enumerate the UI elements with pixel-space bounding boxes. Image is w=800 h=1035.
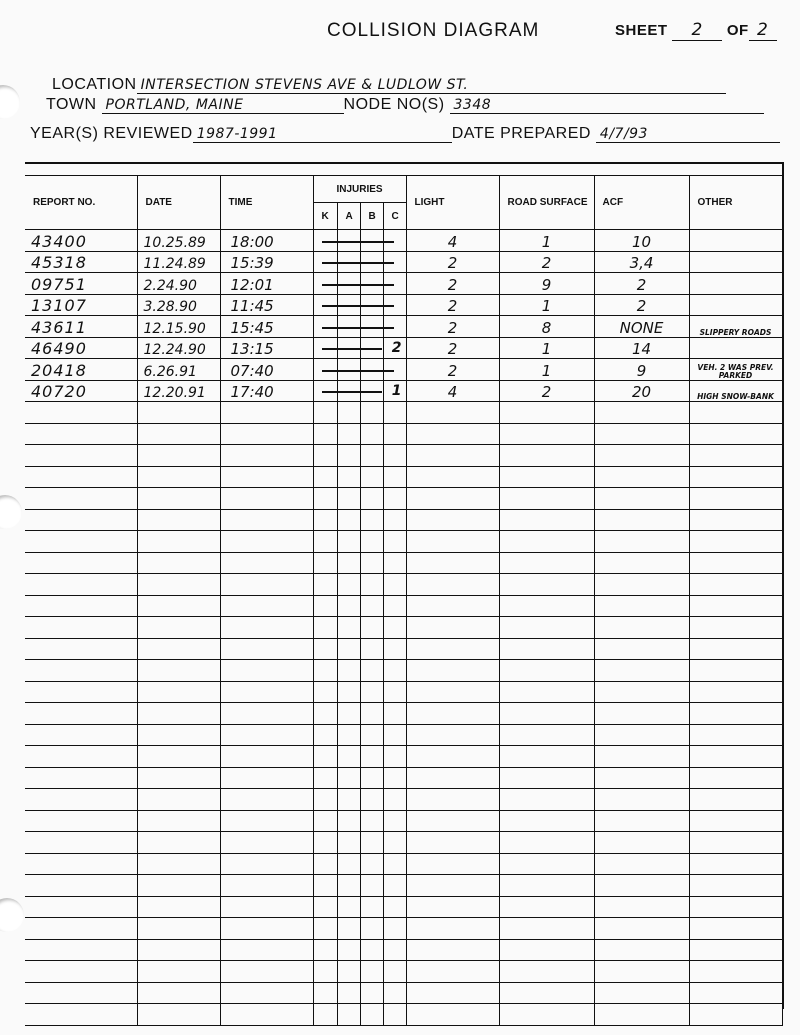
injury-k-cell[interactable]: [313, 466, 337, 488]
acf-cell[interactable]: [594, 875, 689, 897]
light-cell[interactable]: [406, 466, 499, 488]
node-field[interactable]: 3348: [450, 97, 764, 114]
injury-a-cell[interactable]: [337, 767, 360, 789]
acf-cell[interactable]: NONE: [594, 316, 689, 338]
date-cell[interactable]: [137, 767, 220, 789]
injury-b-cell[interactable]: [360, 423, 383, 445]
time-cell[interactable]: [220, 853, 313, 875]
acf-cell[interactable]: [594, 595, 689, 617]
road-surface-cell[interactable]: [499, 552, 594, 574]
injury-a-cell[interactable]: [337, 789, 360, 811]
other-cell[interactable]: [689, 466, 782, 488]
other-cell[interactable]: [689, 810, 782, 832]
injury-b-cell[interactable]: [360, 810, 383, 832]
injury-c-cell[interactable]: [383, 402, 406, 424]
sheet-total-field[interactable]: 2: [749, 20, 777, 41]
injury-c-cell[interactable]: [383, 767, 406, 789]
injury-c-cell[interactable]: [383, 1004, 406, 1026]
other-cell[interactable]: [689, 681, 782, 703]
injury-b-cell[interactable]: [360, 488, 383, 510]
light-cell[interactable]: [406, 896, 499, 918]
injury-b-cell[interactable]: [360, 939, 383, 961]
light-cell[interactable]: [406, 681, 499, 703]
light-cell[interactable]: [406, 703, 499, 725]
light-cell[interactable]: 2: [406, 251, 499, 273]
injury-c-cell[interactable]: [383, 660, 406, 682]
light-cell[interactable]: [406, 982, 499, 1004]
road-surface-cell[interactable]: [499, 488, 594, 510]
time-cell[interactable]: [220, 789, 313, 811]
time-cell[interactable]: [220, 466, 313, 488]
injury-b-cell[interactable]: [360, 595, 383, 617]
time-cell[interactable]: [220, 660, 313, 682]
time-cell[interactable]: [220, 1004, 313, 1026]
injury-b-cell[interactable]: [360, 961, 383, 983]
injury-c-cell[interactable]: [383, 918, 406, 940]
time-cell[interactable]: 07:40: [220, 359, 313, 381]
injury-k-cell[interactable]: [313, 853, 337, 875]
other-cell[interactable]: VEH. 2 WAS PREV. PARKED: [689, 359, 782, 381]
date-cell[interactable]: [137, 789, 220, 811]
location-field[interactable]: INTERSECTION STEVENS AVE & LUDLOW ST.: [137, 77, 726, 94]
injury-b-cell[interactable]: [360, 466, 383, 488]
time-cell[interactable]: [220, 810, 313, 832]
time-cell[interactable]: [220, 875, 313, 897]
other-cell[interactable]: [689, 574, 782, 596]
other-cell[interactable]: [689, 767, 782, 789]
light-cell[interactable]: [406, 402, 499, 424]
time-cell[interactable]: [220, 488, 313, 510]
acf-cell[interactable]: 3,4: [594, 251, 689, 273]
injury-k-cell[interactable]: [313, 230, 337, 252]
light-cell[interactable]: [406, 939, 499, 961]
other-cell[interactable]: [689, 337, 782, 359]
date-cell[interactable]: [137, 724, 220, 746]
injury-k-cell[interactable]: [313, 359, 337, 381]
injury-a-cell[interactable]: [337, 638, 360, 660]
injury-k-cell[interactable]: [313, 724, 337, 746]
time-cell[interactable]: [220, 746, 313, 768]
acf-cell[interactable]: [594, 1004, 689, 1026]
injury-c-cell[interactable]: [383, 230, 406, 252]
report-no-cell[interactable]: [25, 896, 137, 918]
time-cell[interactable]: 13:15: [220, 337, 313, 359]
injury-c-cell[interactable]: [383, 552, 406, 574]
injury-c-cell[interactable]: [383, 251, 406, 273]
injury-c-cell[interactable]: [383, 853, 406, 875]
acf-cell[interactable]: [594, 853, 689, 875]
injury-c-cell[interactable]: [383, 488, 406, 510]
injury-a-cell[interactable]: [337, 810, 360, 832]
date-cell[interactable]: 12.20.91: [137, 380, 220, 402]
injury-c-cell[interactable]: [383, 746, 406, 768]
date-cell[interactable]: [137, 832, 220, 854]
date-cell[interactable]: 12.15.90: [137, 316, 220, 338]
report-no-cell[interactable]: 20418: [25, 359, 137, 381]
injury-k-cell[interactable]: [313, 488, 337, 510]
light-cell[interactable]: [406, 832, 499, 854]
other-cell[interactable]: [689, 531, 782, 553]
injury-c-cell[interactable]: [383, 703, 406, 725]
time-cell[interactable]: [220, 961, 313, 983]
injury-a-cell[interactable]: [337, 982, 360, 1004]
injury-b-cell[interactable]: [360, 746, 383, 768]
injury-b-cell[interactable]: [360, 681, 383, 703]
time-cell[interactable]: 17:40: [220, 380, 313, 402]
other-cell[interactable]: [689, 853, 782, 875]
time-cell[interactable]: 11:45: [220, 294, 313, 316]
injury-k-cell[interactable]: [313, 380, 337, 402]
light-cell[interactable]: [406, 638, 499, 660]
injury-k-cell[interactable]: [313, 832, 337, 854]
acf-cell[interactable]: [594, 488, 689, 510]
report-no-cell[interactable]: [25, 402, 137, 424]
injury-k-cell[interactable]: [313, 875, 337, 897]
time-cell[interactable]: [220, 552, 313, 574]
time-cell[interactable]: 18:00: [220, 230, 313, 252]
report-no-cell[interactable]: [25, 724, 137, 746]
injury-b-cell[interactable]: [360, 832, 383, 854]
acf-cell[interactable]: [594, 703, 689, 725]
light-cell[interactable]: [406, 767, 499, 789]
time-cell[interactable]: [220, 595, 313, 617]
time-cell[interactable]: 15:45: [220, 316, 313, 338]
report-no-cell[interactable]: 43611: [25, 316, 137, 338]
other-cell[interactable]: [689, 918, 782, 940]
date-cell[interactable]: [137, 574, 220, 596]
road-surface-cell[interactable]: [499, 638, 594, 660]
time-cell[interactable]: [220, 703, 313, 725]
road-surface-cell[interactable]: 2: [499, 380, 594, 402]
injury-k-cell[interactable]: [313, 746, 337, 768]
light-cell[interactable]: [406, 789, 499, 811]
date-cell[interactable]: [137, 638, 220, 660]
report-no-cell[interactable]: [25, 939, 137, 961]
light-cell[interactable]: [406, 488, 499, 510]
other-cell[interactable]: [689, 660, 782, 682]
injury-b-cell[interactable]: [360, 509, 383, 531]
injury-c-cell[interactable]: 2: [383, 337, 406, 359]
injury-c-cell[interactable]: [383, 724, 406, 746]
time-cell[interactable]: [220, 617, 313, 639]
road-surface-cell[interactable]: [499, 939, 594, 961]
time-cell[interactable]: [220, 423, 313, 445]
injury-c-cell[interactable]: 1: [383, 380, 406, 402]
other-cell[interactable]: [689, 703, 782, 725]
date-cell[interactable]: 10.25.89: [137, 230, 220, 252]
injury-c-cell[interactable]: [383, 961, 406, 983]
date-cell[interactable]: [137, 509, 220, 531]
years-reviewed-field[interactable]: 1987-1991: [193, 126, 452, 143]
road-surface-cell[interactable]: [499, 746, 594, 768]
other-cell[interactable]: [689, 724, 782, 746]
injury-k-cell[interactable]: [313, 982, 337, 1004]
injury-c-cell[interactable]: [383, 681, 406, 703]
road-surface-cell[interactable]: 9: [499, 273, 594, 295]
other-cell[interactable]: [689, 832, 782, 854]
injury-c-cell[interactable]: [383, 574, 406, 596]
report-no-cell[interactable]: [25, 445, 137, 467]
injury-k-cell[interactable]: [313, 1004, 337, 1026]
report-no-cell[interactable]: [25, 789, 137, 811]
acf-cell[interactable]: 9: [594, 359, 689, 381]
injury-k-cell[interactable]: [313, 961, 337, 983]
report-no-cell[interactable]: [25, 703, 137, 725]
injury-a-cell[interactable]: [337, 466, 360, 488]
injury-a-cell[interactable]: [337, 509, 360, 531]
injury-c-cell[interactable]: [383, 316, 406, 338]
injury-a-cell[interactable]: [337, 488, 360, 510]
time-cell[interactable]: [220, 574, 313, 596]
report-no-cell[interactable]: [25, 638, 137, 660]
date-cell[interactable]: [137, 896, 220, 918]
other-cell[interactable]: [689, 294, 782, 316]
injury-a-cell[interactable]: [337, 703, 360, 725]
acf-cell[interactable]: [594, 509, 689, 531]
report-no-cell[interactable]: [25, 531, 137, 553]
date-cell[interactable]: 3.28.90: [137, 294, 220, 316]
injury-k-cell[interactable]: [313, 509, 337, 531]
road-surface-cell[interactable]: 1: [499, 337, 594, 359]
injury-k-cell[interactable]: [313, 423, 337, 445]
light-cell[interactable]: [406, 617, 499, 639]
light-cell[interactable]: [406, 574, 499, 596]
report-no-cell[interactable]: [25, 982, 137, 1004]
report-no-cell[interactable]: [25, 918, 137, 940]
injury-a-cell[interactable]: [337, 746, 360, 768]
injury-k-cell[interactable]: [313, 703, 337, 725]
light-cell[interactable]: 4: [406, 230, 499, 252]
report-no-cell[interactable]: [25, 767, 137, 789]
time-cell[interactable]: [220, 638, 313, 660]
report-no-cell[interactable]: [25, 423, 137, 445]
date-cell[interactable]: [137, 982, 220, 1004]
road-surface-cell[interactable]: [499, 1004, 594, 1026]
road-surface-cell[interactable]: [499, 531, 594, 553]
date-cell[interactable]: [137, 531, 220, 553]
injury-b-cell[interactable]: [360, 896, 383, 918]
light-cell[interactable]: [406, 1004, 499, 1026]
report-no-cell[interactable]: [25, 853, 137, 875]
report-no-cell[interactable]: [25, 574, 137, 596]
other-cell[interactable]: [689, 552, 782, 574]
report-no-cell[interactable]: [25, 681, 137, 703]
acf-cell[interactable]: [594, 531, 689, 553]
time-cell[interactable]: [220, 939, 313, 961]
time-cell[interactable]: [220, 918, 313, 940]
injury-k-cell[interactable]: [313, 789, 337, 811]
light-cell[interactable]: [406, 810, 499, 832]
acf-cell[interactable]: 10: [594, 230, 689, 252]
road-surface-cell[interactable]: [499, 982, 594, 1004]
injury-k-cell[interactable]: [313, 445, 337, 467]
injury-k-cell[interactable]: [313, 294, 337, 316]
injury-k-cell[interactable]: [313, 767, 337, 789]
injury-a-cell[interactable]: [337, 552, 360, 574]
other-cell[interactable]: [689, 488, 782, 510]
injury-c-cell[interactable]: [383, 595, 406, 617]
injury-c-cell[interactable]: [383, 896, 406, 918]
acf-cell[interactable]: [594, 789, 689, 811]
injury-b-cell[interactable]: [360, 617, 383, 639]
date-cell[interactable]: [137, 703, 220, 725]
report-no-cell[interactable]: 13107: [25, 294, 137, 316]
other-cell[interactable]: [689, 896, 782, 918]
injury-k-cell[interactable]: [313, 638, 337, 660]
injury-a-cell[interactable]: [337, 595, 360, 617]
light-cell[interactable]: [406, 660, 499, 682]
injury-c-cell[interactable]: [383, 875, 406, 897]
date-prepared-field[interactable]: 4/7/93: [596, 126, 780, 143]
other-cell[interactable]: [689, 251, 782, 273]
road-surface-cell[interactable]: [499, 660, 594, 682]
acf-cell[interactable]: [594, 445, 689, 467]
other-cell[interactable]: [689, 789, 782, 811]
injury-k-cell[interactable]: [313, 316, 337, 338]
road-surface-cell[interactable]: [499, 574, 594, 596]
injury-b-cell[interactable]: [360, 982, 383, 1004]
date-cell[interactable]: [137, 595, 220, 617]
other-cell[interactable]: [689, 1004, 782, 1026]
injury-b-cell[interactable]: [360, 574, 383, 596]
time-cell[interactable]: [220, 445, 313, 467]
date-cell[interactable]: 2.24.90: [137, 273, 220, 295]
road-surface-cell[interactable]: [499, 789, 594, 811]
injury-b-cell[interactable]: [360, 918, 383, 940]
light-cell[interactable]: [406, 595, 499, 617]
injury-a-cell[interactable]: [337, 724, 360, 746]
date-cell[interactable]: [137, 660, 220, 682]
report-no-cell[interactable]: [25, 1004, 137, 1026]
light-cell[interactable]: 2: [406, 273, 499, 295]
date-cell[interactable]: 11.24.89: [137, 251, 220, 273]
light-cell[interactable]: 2: [406, 337, 499, 359]
date-cell[interactable]: [137, 875, 220, 897]
light-cell[interactable]: [406, 746, 499, 768]
injury-k-cell[interactable]: [313, 574, 337, 596]
acf-cell[interactable]: [594, 617, 689, 639]
time-cell[interactable]: [220, 681, 313, 703]
light-cell[interactable]: [406, 875, 499, 897]
injury-a-cell[interactable]: [337, 1004, 360, 1026]
injury-k-cell[interactable]: [313, 660, 337, 682]
road-surface-cell[interactable]: [499, 423, 594, 445]
injury-b-cell[interactable]: [360, 703, 383, 725]
report-no-cell[interactable]: 40720: [25, 380, 137, 402]
injury-b-cell[interactable]: [360, 1004, 383, 1026]
other-cell[interactable]: [689, 961, 782, 983]
road-surface-cell[interactable]: [499, 767, 594, 789]
injury-b-cell[interactable]: [360, 875, 383, 897]
light-cell[interactable]: [406, 552, 499, 574]
time-cell[interactable]: 12:01: [220, 273, 313, 295]
other-cell[interactable]: [689, 939, 782, 961]
date-cell[interactable]: 6.26.91: [137, 359, 220, 381]
acf-cell[interactable]: [594, 552, 689, 574]
date-cell[interactable]: [137, 918, 220, 940]
road-surface-cell[interactable]: [499, 681, 594, 703]
acf-cell[interactable]: [594, 896, 689, 918]
road-surface-cell[interactable]: 1: [499, 230, 594, 252]
time-cell[interactable]: [220, 402, 313, 424]
light-cell[interactable]: [406, 853, 499, 875]
road-surface-cell[interactable]: 8: [499, 316, 594, 338]
time-cell[interactable]: 15:39: [220, 251, 313, 273]
light-cell[interactable]: [406, 423, 499, 445]
sheet-number-field[interactable]: 2: [672, 20, 722, 41]
acf-cell[interactable]: [594, 810, 689, 832]
road-surface-cell[interactable]: [499, 595, 594, 617]
road-surface-cell[interactable]: [499, 961, 594, 983]
injury-b-cell[interactable]: [360, 660, 383, 682]
report-no-cell[interactable]: [25, 509, 137, 531]
date-cell[interactable]: [137, 939, 220, 961]
injury-c-cell[interactable]: [383, 273, 406, 295]
time-cell[interactable]: [220, 724, 313, 746]
road-surface-cell[interactable]: 1: [499, 294, 594, 316]
acf-cell[interactable]: 20: [594, 380, 689, 402]
report-no-cell[interactable]: [25, 617, 137, 639]
date-cell[interactable]: [137, 488, 220, 510]
road-surface-cell[interactable]: 2: [499, 251, 594, 273]
injury-k-cell[interactable]: [313, 531, 337, 553]
other-cell[interactable]: [689, 402, 782, 424]
injury-b-cell[interactable]: [360, 638, 383, 660]
date-cell[interactable]: [137, 746, 220, 768]
report-no-cell[interactable]: [25, 961, 137, 983]
road-surface-cell[interactable]: [499, 724, 594, 746]
injury-c-cell[interactable]: [383, 939, 406, 961]
road-surface-cell[interactable]: [499, 896, 594, 918]
report-no-cell[interactable]: 09751: [25, 273, 137, 295]
road-surface-cell[interactable]: [499, 918, 594, 940]
time-cell[interactable]: [220, 531, 313, 553]
acf-cell[interactable]: [594, 746, 689, 768]
acf-cell[interactable]: [594, 939, 689, 961]
other-cell[interactable]: [689, 509, 782, 531]
date-cell[interactable]: [137, 466, 220, 488]
acf-cell[interactable]: [594, 638, 689, 660]
road-surface-cell[interactable]: [499, 402, 594, 424]
report-no-cell[interactable]: 46490: [25, 337, 137, 359]
acf-cell[interactable]: 2: [594, 294, 689, 316]
injury-k-cell[interactable]: [313, 617, 337, 639]
acf-cell[interactable]: [594, 724, 689, 746]
acf-cell[interactable]: [594, 402, 689, 424]
road-surface-cell[interactable]: [499, 853, 594, 875]
injury-k-cell[interactable]: [313, 681, 337, 703]
injury-c-cell[interactable]: [383, 466, 406, 488]
time-cell[interactable]: [220, 767, 313, 789]
other-cell[interactable]: [689, 230, 782, 252]
report-no-cell[interactable]: 45318: [25, 251, 137, 273]
injury-k-cell[interactable]: [313, 552, 337, 574]
injury-k-cell[interactable]: [313, 337, 337, 359]
other-cell[interactable]: HIGH SNOW-BANK: [689, 380, 782, 402]
injury-a-cell[interactable]: [337, 423, 360, 445]
injury-a-cell[interactable]: [337, 853, 360, 875]
acf-cell[interactable]: [594, 423, 689, 445]
light-cell[interactable]: 2: [406, 359, 499, 381]
injury-c-cell[interactable]: [383, 294, 406, 316]
report-no-cell[interactable]: [25, 660, 137, 682]
injury-a-cell[interactable]: [337, 660, 360, 682]
injury-k-cell[interactable]: [313, 251, 337, 273]
injury-a-cell[interactable]: [337, 961, 360, 983]
injury-k-cell[interactable]: [313, 273, 337, 295]
injury-c-cell[interactable]: [383, 832, 406, 854]
injury-a-cell[interactable]: [337, 832, 360, 854]
